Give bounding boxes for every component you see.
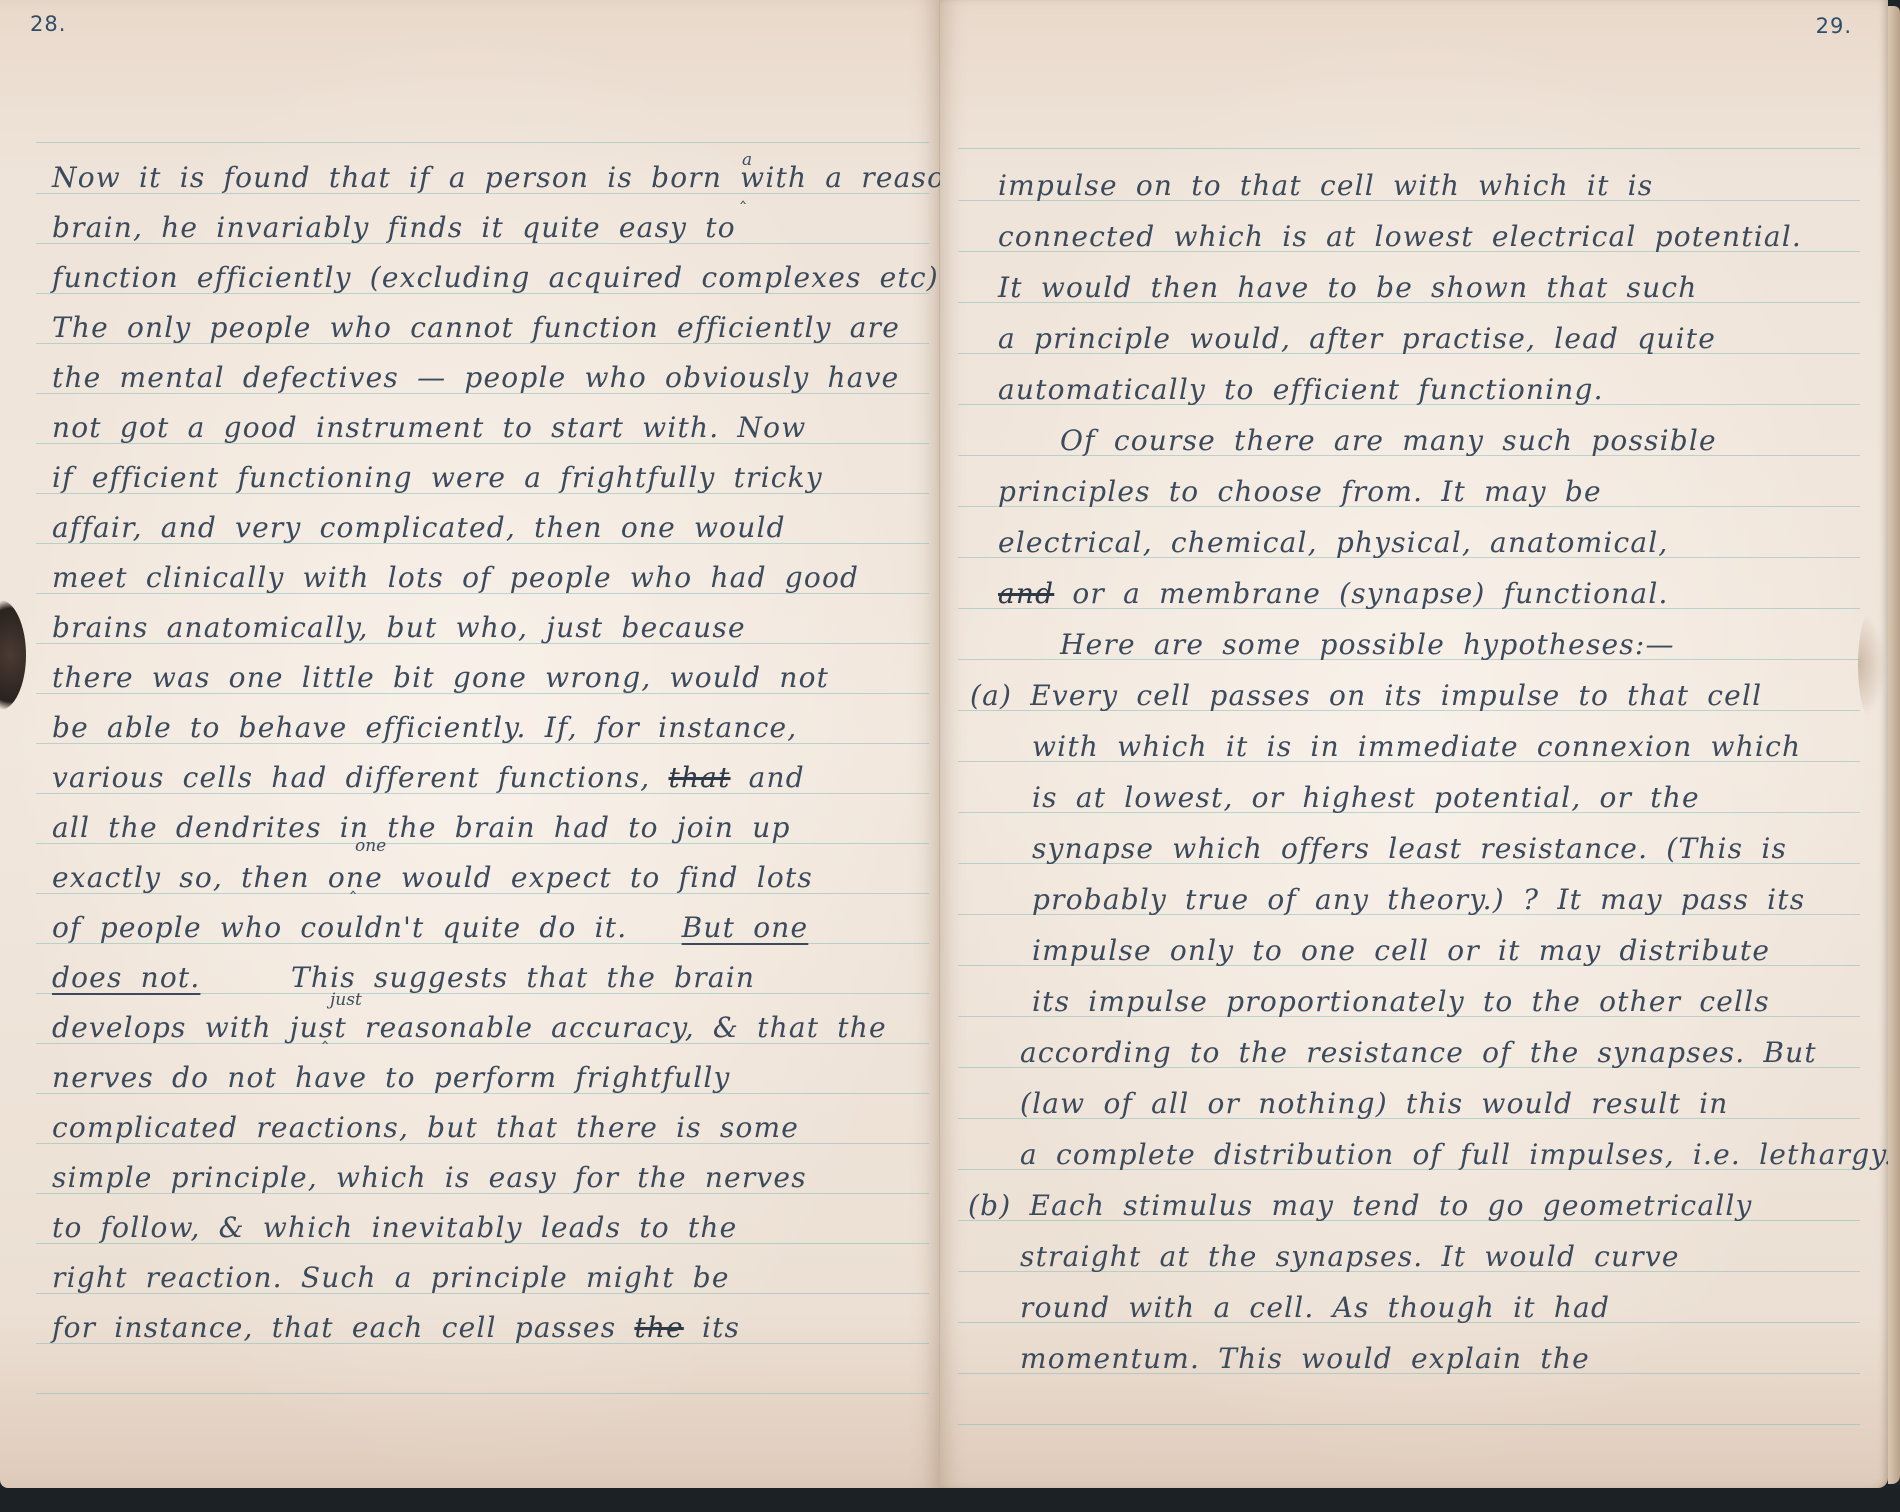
handwritten-line: if efficient functioning were a frightfu…	[52, 460, 823, 496]
handwritten-line: electrical, chemical, physical, anatomic…	[998, 525, 1669, 561]
rule-line	[36, 1393, 929, 1394]
inserted-word: one	[355, 836, 386, 856]
handwritten-line: does not. This suggests that the brain	[52, 960, 755, 996]
handwritten-line: impulse only to one cell or it may distr…	[1032, 933, 1770, 969]
background-surface	[0, 1488, 1900, 1512]
handwritten-line: straight at the synapses. It would curve	[1020, 1239, 1680, 1275]
rule-line	[958, 1424, 1860, 1425]
struck-word: that	[669, 761, 731, 794]
handwritten-line: right reaction. Such a principle might b…	[52, 1260, 730, 1296]
line-text: for instance, that each cell passes	[52, 1311, 616, 1344]
hypothesis-b-line: (b) Each stimulus may tend to go geometr…	[968, 1188, 1753, 1224]
handwritten-line: according to the resistance of the synap…	[1020, 1035, 1817, 1071]
hypothesis-a-line: (a) Every cell passes on its impulse to …	[970, 678, 1762, 714]
page-number-right: 29.	[1816, 14, 1852, 38]
struck-word: and	[998, 577, 1054, 610]
handwritten-line: function efficiently (excluding acquired…	[52, 260, 949, 296]
line-text: or a membrane (synapse) functional.	[1072, 577, 1668, 610]
line-text: its	[702, 1311, 740, 1344]
handwritten-line: its impulse proportionately to the other…	[1032, 984, 1770, 1020]
handwritten-line: It would then have to be shown that such	[998, 270, 1697, 306]
handwritten-line: probably true of any theory.) ? It may p…	[1032, 882, 1805, 918]
handwritten-line: various cells had different functions, t…	[52, 760, 805, 796]
page-number-left: 28.	[30, 12, 66, 36]
handwritten-line: not got a good instrument to start with.…	[52, 410, 806, 446]
handwritten-line: The only people who cannot function effi…	[52, 310, 900, 346]
handwritten-line: with which it is in immediate connexion …	[1032, 729, 1801, 765]
right-page: 29. impulse on to that cell with which i…	[940, 0, 1888, 1488]
handwritten-line: brain, he invariably finds it quite easy…	[52, 210, 736, 246]
underlined-text: does not.	[52, 961, 200, 994]
handwritten-line: nerves do not have to perform frightfull…	[52, 1060, 731, 1096]
handwritten-line: meet clinically with lots of people who …	[52, 560, 859, 596]
handwritten-line: of people who couldn't quite do it. But …	[52, 910, 808, 946]
underlined-text: But one	[682, 911, 809, 944]
handwritten-line: automatically to efficient functioning.	[998, 372, 1604, 408]
handwritten-line: the mental defectives — people who obvio…	[52, 360, 899, 396]
handwritten-line: round with a cell. As though it had	[1020, 1290, 1610, 1326]
handwritten-line: is at lowest, or highest potential, or t…	[1032, 780, 1700, 816]
handwritten-line: develops with just reasonable accuracy, …	[52, 1010, 887, 1046]
handwritten-line: Of course there are many such possible	[1060, 423, 1717, 459]
handwritten-line: connected which is at lowest electrical …	[998, 219, 1802, 255]
notebook-spread: 28. a ‸ Now it is found that if a person…	[0, 0, 1900, 1490]
handwritten-line: Now it is found that if a person is born…	[52, 160, 1029, 196]
handwritten-line: a principle would, after practise, lead …	[998, 321, 1716, 357]
handwritten-line: exactly so, then one would expect to fin…	[52, 860, 813, 896]
line-text: various cells had different functions,	[52, 761, 650, 794]
left-page: 28. a ‸ Now it is found that if a person…	[0, 0, 940, 1488]
handwritten-line: there was one little bit gone wrong, wou…	[52, 660, 829, 696]
handwritten-line: principles to choose from. It may be	[998, 474, 1602, 510]
rule-line	[958, 148, 1860, 149]
handwritten-line: (law of all or nothing) this would resul…	[1020, 1086, 1729, 1122]
handwritten-line: for instance, that each cell passes the …	[52, 1310, 740, 1346]
handwritten-line: a complete distribution of full impulses…	[1020, 1137, 1894, 1173]
handwritten-line: all the dendrites in the brain had to jo…	[52, 810, 791, 846]
handwritten-line: Here are some possible hypotheses:—	[1060, 627, 1675, 663]
handwritten-line: be able to behave efficiently. If, for i…	[52, 710, 797, 746]
handwritten-line: to follow, & which inevitably leads to t…	[52, 1210, 737, 1246]
line-text: of people who couldn't quite do it.	[52, 911, 627, 944]
handwritten-line: brains anatomically, but who, just becau…	[52, 610, 746, 646]
handwritten-line: momentum. This would explain the	[1020, 1341, 1590, 1377]
handwritten-line: simple principle, which is easy for the …	[52, 1160, 807, 1196]
handwritten-line: and or a membrane (synapse) functional.	[998, 576, 1669, 612]
handwritten-line: impulse on to that cell with which it is	[998, 168, 1653, 204]
handwritten-line: affair, and very complicated, then one w…	[52, 510, 786, 546]
line-text: and	[749, 761, 805, 794]
handwritten-line: complicated reactions, but that there is…	[52, 1110, 799, 1146]
rule-line	[36, 142, 929, 143]
handwritten-line: synapse which offers least resistance. (…	[1032, 831, 1787, 867]
struck-word: the	[634, 1311, 683, 1344]
inserted-word: just	[330, 990, 362, 1010]
